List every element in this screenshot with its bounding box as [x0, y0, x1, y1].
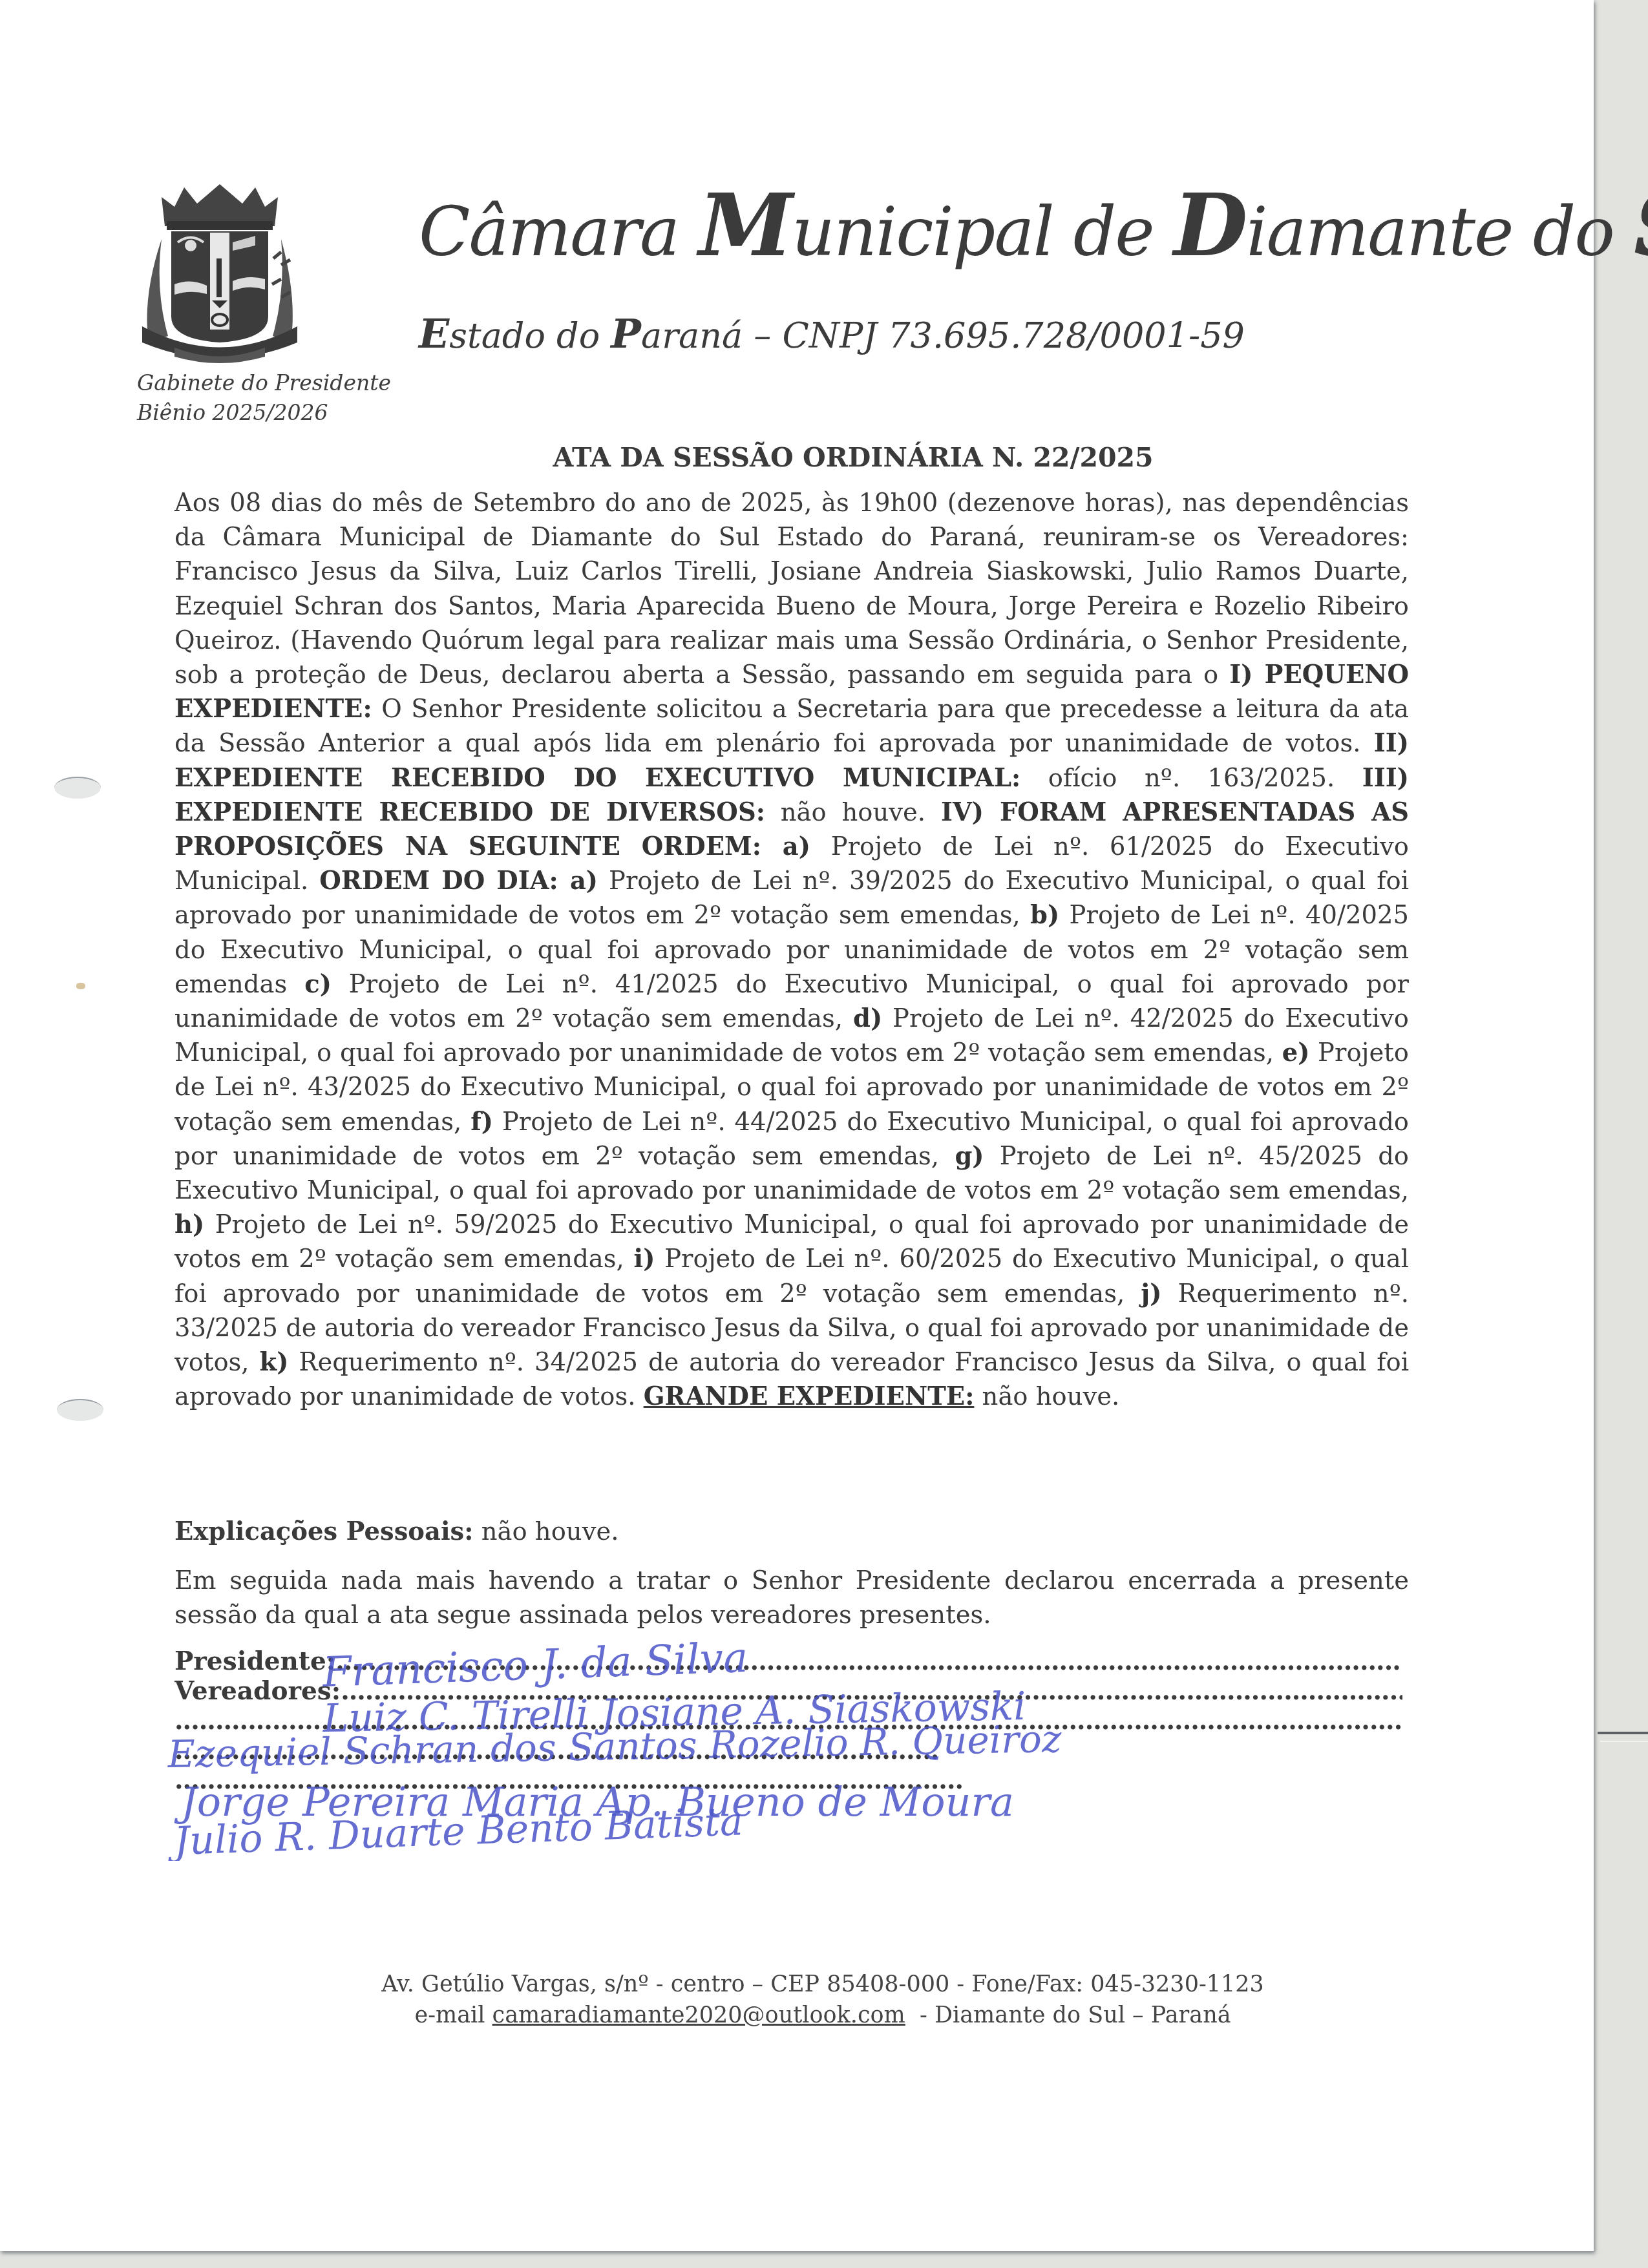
- email-link[interactable]: camaradiamante2020@outlook.com: [492, 2002, 905, 2028]
- bold-heading-segment: i): [634, 1244, 655, 1274]
- president-signature-line: Presidente:.............................…: [174, 1646, 1402, 1676]
- biennium-line: Biênio 2025/2026: [137, 398, 391, 428]
- coat-of-arms-icon: [136, 181, 304, 365]
- text-segment: Aos 08 dias do mês de Setembro do ano de…: [174, 488, 1409, 689]
- scanner-edge-highlight: [1600, 1741, 1648, 1742]
- state-cnpj-subheading: Estado do Paraná – CNPJ 73.695.728/0001-…: [419, 313, 1245, 357]
- address-line: Av. Getúlio Vargas, s/nº - centro – CEP …: [0, 1969, 1594, 2000]
- scanner-edge-line: [1598, 1732, 1648, 1734]
- bold-heading-segment: f): [470, 1108, 493, 1137]
- text-segment: ofício nº. 163/2025.: [1020, 764, 1362, 793]
- chamber-name-heading: Câmara Municipal de Diamante do Sul: [419, 187, 1453, 271]
- signature-line: ........................................…: [174, 1706, 1402, 1736]
- punch-hole-bottom: [57, 1399, 103, 1421]
- bold-heading-segment: GRANDE EXPEDIENTE:: [644, 1382, 975, 1411]
- text-segment: não houve.: [974, 1382, 1119, 1411]
- personal-explanations: Explicações Pessoais: não houve.: [174, 1515, 1409, 1549]
- signature-line: ........................................…: [174, 1765, 963, 1795]
- bold-heading-segment: ORDEM DO DIA: a): [319, 866, 598, 896]
- signature-block: Presidente:.............................…: [174, 1646, 1402, 1795]
- punch-hole-top: [54, 777, 101, 799]
- personal-explanations-value: não houve.: [473, 1517, 618, 1546]
- councilors-signature-line: Vereadores:.............................…: [174, 1676, 1402, 1706]
- bold-heading-segment: k): [260, 1348, 289, 1377]
- text-segment: não houve.: [765, 798, 941, 827]
- cabinet-line: Gabinete do Presidente: [137, 368, 391, 398]
- contact-line: e-mail camaradiamante2020@outlook.com - …: [0, 2000, 1594, 2031]
- personal-explanations-label: Explicações Pessoais:: [174, 1517, 473, 1546]
- minutes-body: Aos 08 dias do mês de Setembro do ano de…: [174, 486, 1409, 1414]
- page-footer: Av. Getúlio Vargas, s/nº - centro – CEP …: [0, 1969, 1594, 2031]
- bold-heading-segment: b): [1030, 901, 1059, 930]
- closing-paragraph: Em seguida nada mais havendo a tratar o …: [174, 1564, 1409, 1632]
- bold-heading-segment: g): [955, 1142, 984, 1171]
- document-title: ATA DA SESSÃO ORDINÁRIA N. 22/2025: [0, 439, 1648, 476]
- bold-heading-segment: d): [853, 1004, 882, 1033]
- underlined-heading: GRANDE EXPEDIENTE:: [644, 1382, 975, 1411]
- presidency-cabinet-label: Gabinete do Presidente Biênio 2025/2026: [137, 368, 391, 428]
- signature-line: ........................................…: [174, 1736, 937, 1765]
- paper-speck: [76, 983, 85, 989]
- bold-heading-segment: j): [1141, 1279, 1161, 1308]
- bold-heading-segment: h): [174, 1210, 204, 1239]
- bold-heading-segment: e): [1282, 1038, 1310, 1067]
- bold-heading-segment: c): [304, 970, 332, 999]
